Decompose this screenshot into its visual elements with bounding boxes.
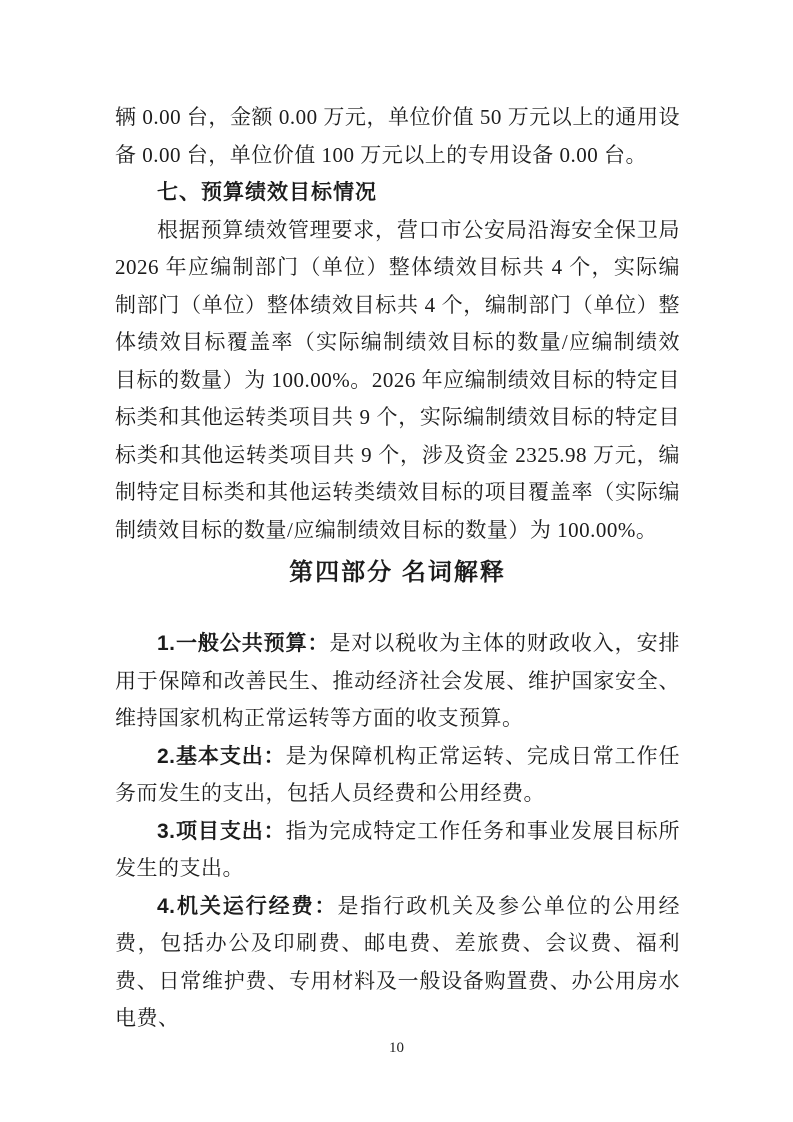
term-item-project-expenditure: 3.项目支出：指为完成特定工作任务和事业发展目标所发生的支出。 [115, 813, 680, 888]
paragraph-performance-targets: 根据预算绩效管理要求，营口市公安局沿海安全保卫局 2026 年应编制部门（单位）… [115, 212, 680, 550]
document-page: 辆 0.00 台，金额 0.00 万元，单位价值 50 万元以上的通用设备 0.… [0, 0, 793, 1122]
term-label: 3.项目支出： [157, 820, 286, 843]
term-label: 1.一般公共预算： [157, 632, 330, 655]
document-content: 辆 0.00 台，金额 0.00 万元，单位价值 50 万元以上的通用设备 0.… [115, 99, 680, 1038]
term-item-general-public-budget: 1.一般公共预算：是对以税收为主体的财政收入，安排用于保障和改善民生、推动经济社… [115, 625, 680, 738]
term-label: 2.基本支出： [157, 745, 286, 768]
term-item-basic-expenditure: 2.基本支出：是为保障机构正常运转、完成日常工作任务而发生的支出，包括人员经费和… [115, 738, 680, 813]
section-heading-performance-targets: 七、预算绩效目标情况 [115, 174, 680, 212]
paragraph-continuation: 辆 0.00 台，金额 0.00 万元，单位价值 50 万元以上的通用设备 0.… [115, 99, 680, 174]
term-label: 4.机关运行经费： [157, 895, 337, 918]
part-heading-glossary: 第四部分 名词解释 [115, 551, 680, 595]
page-number: 10 [0, 1038, 793, 1058]
term-item-agency-operating-funds: 4.机关运行经费：是指行政机关及参公单位的公用经费，包括办公及印刷费、邮电费、差… [115, 888, 680, 1038]
